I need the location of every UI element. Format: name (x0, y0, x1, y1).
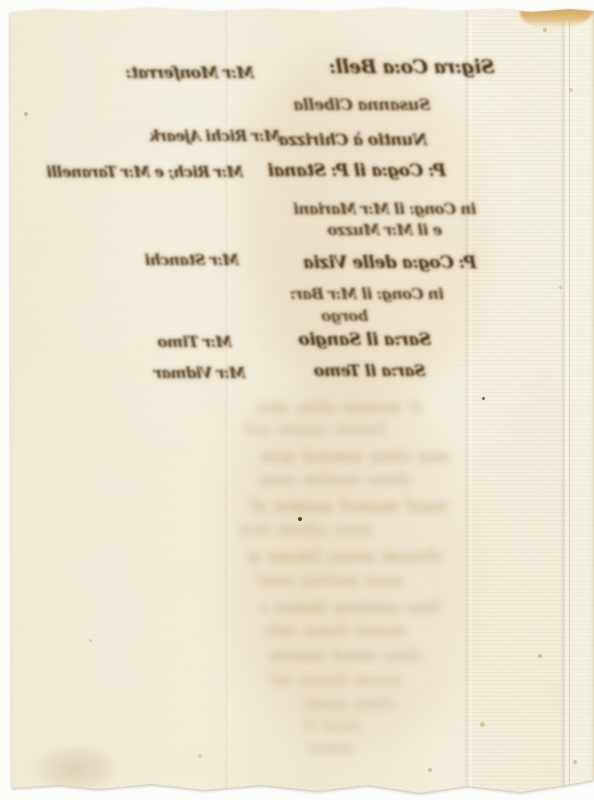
faded-bleedthrough-line: lnum ınom uıl (245, 420, 386, 440)
bleedthrough-text-line: Susanna Cibella (294, 95, 431, 114)
faded-bleedthrough-line: nuıl monıl uomn ıl (252, 496, 448, 517)
foxing-spot (538, 654, 542, 658)
bleedthrough-text-line: in Cong: il M:r Bar: (290, 285, 444, 303)
faded-bleedthrough-line: nuım lonuı ml (268, 670, 401, 689)
faded-bleedthrough-line: mnu ıl (303, 716, 360, 734)
bleedthrough-text-line: M:r Rich; e M:r Taranelli (47, 163, 243, 181)
faded-bleedthrough-line: ılmo nuılm onu (259, 470, 412, 490)
bleedthrough-text-line: P: Cog:a delle Vizia (303, 253, 476, 273)
bleedthrough-text-line: M:r Richi Ajeark (149, 127, 280, 145)
bleedthrough-text-line: P: Cog:a il P: Stanai (268, 161, 446, 181)
bleedthrough-text-line: M:r Monferrat: (126, 63, 254, 82)
foxing-spot (198, 754, 202, 758)
manuscript-page: Sig:ra Co:a Bell:M:r Monferrat:Susanna C… (0, 0, 594, 800)
scanned-document: Sig:ra Co:a Bell:M:r Monferrat:Susanna C… (0, 0, 594, 800)
bleedthrough-text-line: Sar:a il Sangio (299, 330, 431, 350)
foxing-spot (569, 88, 573, 92)
bleedthrough-text-line: M:r Timo (158, 333, 232, 351)
faded-bleedthrough-line: uno mılnu oml (257, 571, 403, 591)
handwriting-bleedthrough-layer: Sig:ra Co:a Bell:M:r Monferrat:Susanna C… (0, 0, 594, 800)
foxing-spot (543, 28, 547, 32)
bleedthrough-text-line: borgo (322, 307, 368, 325)
bleedthrough-text-line: Nuntio à Chirizza (279, 130, 428, 149)
faded-bleedthrough-line: ıl mnuo alnı mo (257, 397, 424, 418)
faded-bleedthrough-line: lnu omnıu lomn ı (259, 597, 441, 618)
bleedthrough-text-line: M:r Vidmar (154, 364, 245, 382)
faded-bleedthrough-line: ılmn uonı (305, 694, 396, 713)
faded-bleedthrough-line: mnuı lonu mlı (265, 621, 406, 641)
bleedthrough-text-line: M:r Stanchi (145, 251, 239, 269)
foxing-spot (89, 639, 92, 642)
bleedthrough-text-line: in Cong: il M:r Mariani (294, 200, 477, 218)
faded-bleedthrough-line: ılnum onuı lmno u (247, 546, 442, 567)
bleedthrough-text-line: e il M:r Muzzo (328, 221, 442, 239)
foxing-spot (480, 722, 485, 727)
faded-bleedthrough-line: ıluo mnıl unom (269, 646, 422, 666)
foxing-spot (428, 768, 432, 772)
bleedthrough-text-line: Sig:ra Co:a Bell: (329, 56, 494, 78)
bleedthrough-text-line: Sar:a il Temo (314, 361, 425, 380)
faded-bleedthrough-line: umnı (307, 739, 352, 757)
faded-bleedthrough-line: mo ılnu omnıl uın (260, 446, 449, 467)
foxing-spot (24, 112, 28, 116)
foxing-spot (559, 286, 562, 289)
foxing-spot (482, 397, 485, 400)
foxing-spot (573, 760, 577, 764)
paper-shadow: Sig:ra Co:a Bell:M:r Monferrat:Susanna C… (0, 0, 594, 800)
faded-bleedthrough-line: mnı ulom nıu (238, 520, 372, 540)
